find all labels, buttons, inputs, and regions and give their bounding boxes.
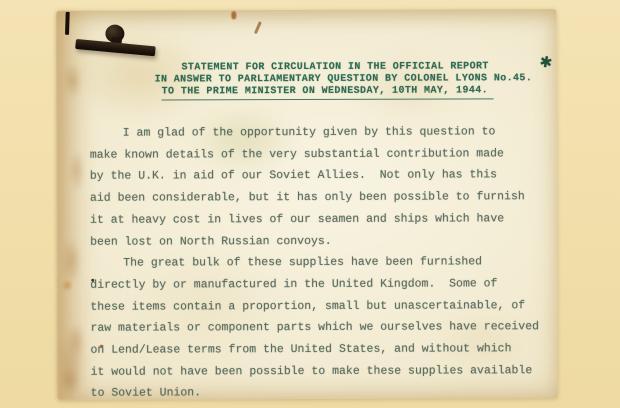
- paper-speck: [254, 21, 262, 34]
- heading-line-3: TO THE PRIME MINISTER ON WEDNESDAY, 10TH…: [162, 85, 495, 100]
- document-heading: STATEMENT FOR CIRCULATION IN THE OFFICIA…: [155, 61, 533, 100]
- paper-stain-orange-spot: [62, 279, 72, 292]
- heading-line-1: STATEMENT FOR CIRCULATION IN THE OFFICIA…: [182, 61, 489, 74]
- document-body: I am glad of the opportunity given by th…: [90, 121, 559, 405]
- paper-stain-corner: [57, 327, 85, 399]
- pen-mark: [65, 12, 69, 35]
- paragraph-2: The great bulk of these supplies have be…: [90, 251, 559, 405]
- photo-background: STATEMENT FOR CIRCULATION IN THE OFFICIA…: [0, 0, 620, 408]
- paper-speck: [231, 11, 236, 19]
- star-annotation-icon: ✱: [538, 54, 553, 71]
- document-page: STATEMENT FOR CIRCULATION IN THE OFFICIA…: [56, 9, 557, 400]
- paragraph-1: I am glad of the opportunity given by th…: [90, 121, 558, 253]
